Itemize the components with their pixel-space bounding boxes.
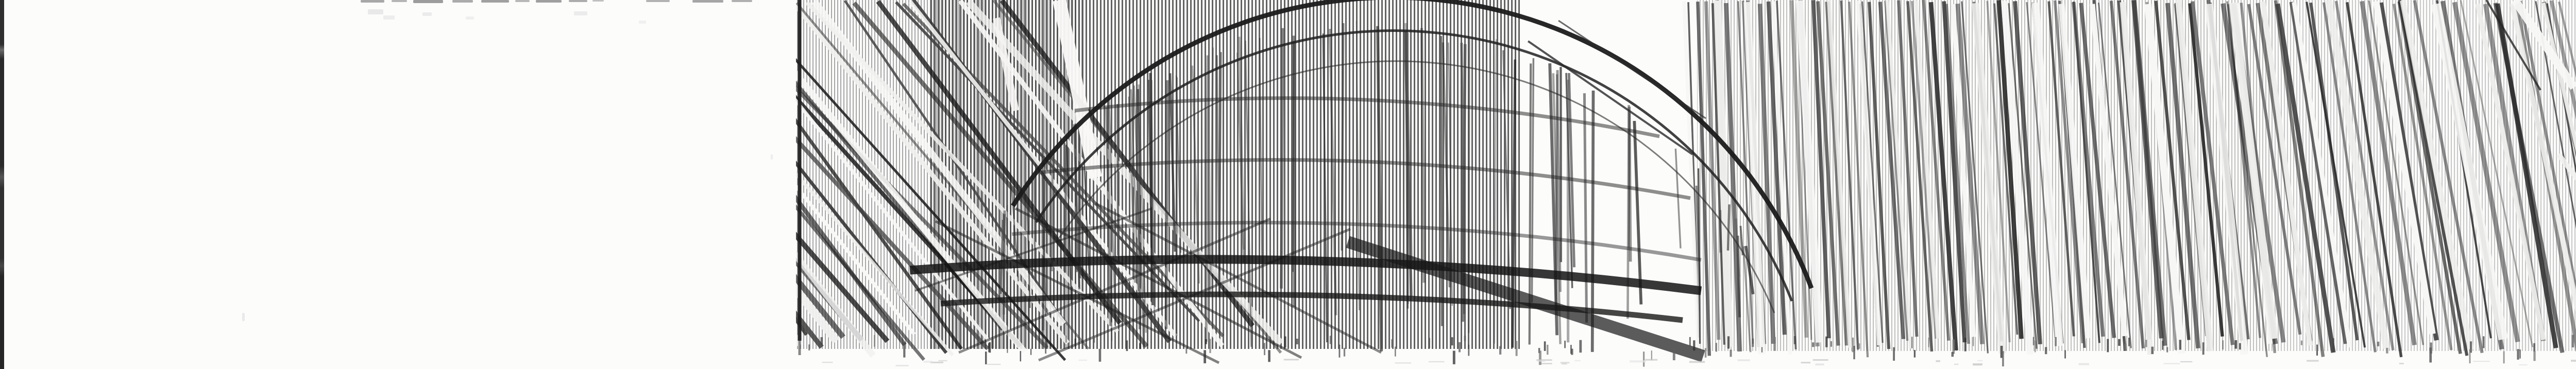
bottom-noise-dash	[1079, 360, 1087, 361]
bottom-noise-dash	[1813, 359, 1828, 361]
bottom-noise-dash	[1738, 359, 1750, 361]
bottom-noise-dash	[822, 362, 833, 363]
dome-interior-line	[1294, 36, 1294, 307]
ink-smudge	[361, 0, 384, 3]
ink-smudge	[452, 0, 473, 3]
dome-interior-line	[1728, 204, 1730, 251]
streak-vertical-field	[1684, 1, 1699, 352]
bottom-noise-dash	[1541, 363, 1552, 364]
bottom-noise-dash	[1537, 360, 1545, 362]
dome-interior-line	[1052, 151, 1053, 271]
bottom-noise-dash	[2079, 363, 2089, 365]
ink-smudge	[646, 0, 670, 2]
dome-interior-line	[1532, 58, 1533, 303]
dome-interior-line	[1342, 23, 1344, 251]
ink-smudge	[466, 16, 474, 20]
ink-smudge	[692, 0, 723, 3]
bottom-noise-dash	[2399, 363, 2404, 364]
ink-smudge	[574, 11, 587, 15]
bottom-noise-dash	[2180, 361, 2192, 362]
bottom-noise-dash	[2571, 360, 2576, 362]
bottom-noise-dash	[1801, 362, 1811, 363]
dome-interior-line	[1675, 149, 1681, 249]
scan-gutter-shadow	[0, 0, 4, 369]
dome-interior-line	[1584, 93, 1586, 323]
engraving-figure	[796, 0, 2576, 369]
bottom-noise-dash	[1395, 362, 1412, 363]
bottom-noise-dash	[938, 360, 947, 361]
dome-interior-line	[1469, 38, 1469, 333]
dome-interior-line	[1065, 145, 1066, 273]
engraving-svg	[796, 0, 2576, 369]
bottom-noise-dash	[1689, 361, 1705, 363]
ink-smudge	[422, 12, 432, 16]
scanned-page	[0, 0, 2576, 369]
dome-interior-line	[1117, 104, 1118, 255]
bottom-noise-dash	[1977, 360, 1983, 361]
bottom-noise-dash	[1973, 363, 1982, 365]
bottom-noise-dash	[924, 361, 933, 363]
dome-interior-line	[1720, 210, 1721, 253]
ink-smudge	[481, 0, 509, 3]
ink-smudge	[383, 15, 395, 20]
bottom-noise-dash	[1645, 359, 1657, 361]
bottom-noise-dash	[1429, 361, 1445, 362]
ink-smudge	[413, 0, 443, 3]
bottom-noise-dash	[1574, 360, 1581, 361]
bottom-noise-dash	[1561, 362, 1570, 363]
bottom-noise-dash	[1630, 360, 1646, 362]
bottom-noise-dash	[1816, 363, 1824, 365]
bottom-noise-dash	[2307, 360, 2318, 362]
bottom-noise-dash	[1284, 359, 1299, 360]
ink-smudge	[639, 21, 646, 24]
dome-interior-line	[1441, 36, 1442, 326]
ink-smudge	[392, 0, 407, 2]
ink-smudge	[515, 0, 530, 2]
bottom-noise-dash	[2473, 361, 2489, 362]
ink-smudge	[536, 0, 562, 3]
dome-interior-line	[1634, 121, 1641, 305]
ink-smudge	[569, 0, 587, 2]
ink-smudge	[732, 0, 752, 2]
ink-smudge	[592, 0, 604, 2]
bottom-noise-dash	[1936, 360, 1940, 362]
ink-smudge	[368, 9, 383, 14]
bottom-noise-dash	[987, 364, 1001, 365]
ink-smudge	[771, 154, 773, 160]
bottom-noise-dash	[1562, 363, 1567, 364]
ink-smudge	[242, 313, 245, 321]
bottom-noise-dash	[2164, 363, 2180, 364]
bottom-noise-dash	[2519, 364, 2527, 365]
bottom-noise-dash	[1954, 364, 1958, 365]
dome-interior-line	[1166, 80, 1167, 329]
bottom-noise-dash	[896, 365, 909, 366]
